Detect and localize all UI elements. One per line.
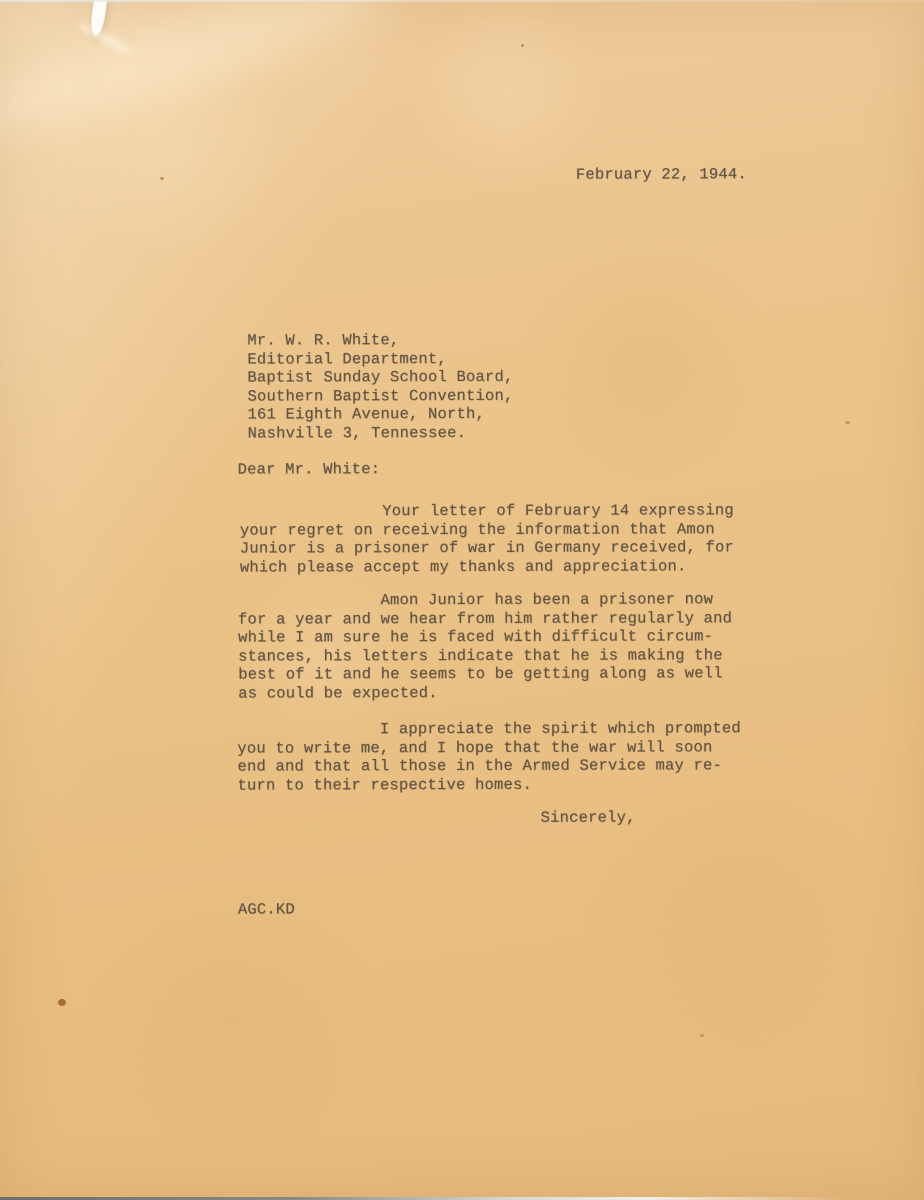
letter-date: February 22, 1944. [576,165,747,184]
closing: Sincerely, [541,809,636,828]
body-paragraph-3: I appreciate the spirit which prompted y… [237,719,741,794]
typed-text-layer: February 22, 1944. Mr. W. R. White, Edit… [0,0,924,1200]
body-paragraph-1: Your letter of February 14 expressing yo… [240,501,734,576]
body-paragraph-2: Amon Junior has been a prisoner now for … [238,590,732,702]
letter-page: February 22, 1944. Mr. W. R. White, Edit… [0,0,924,1200]
typist-initials: AGC.KD [238,900,295,919]
recipient-address: Mr. W. R. White, Editorial Department, B… [247,331,513,443]
salutation: Dear Mr. White: [238,460,381,479]
